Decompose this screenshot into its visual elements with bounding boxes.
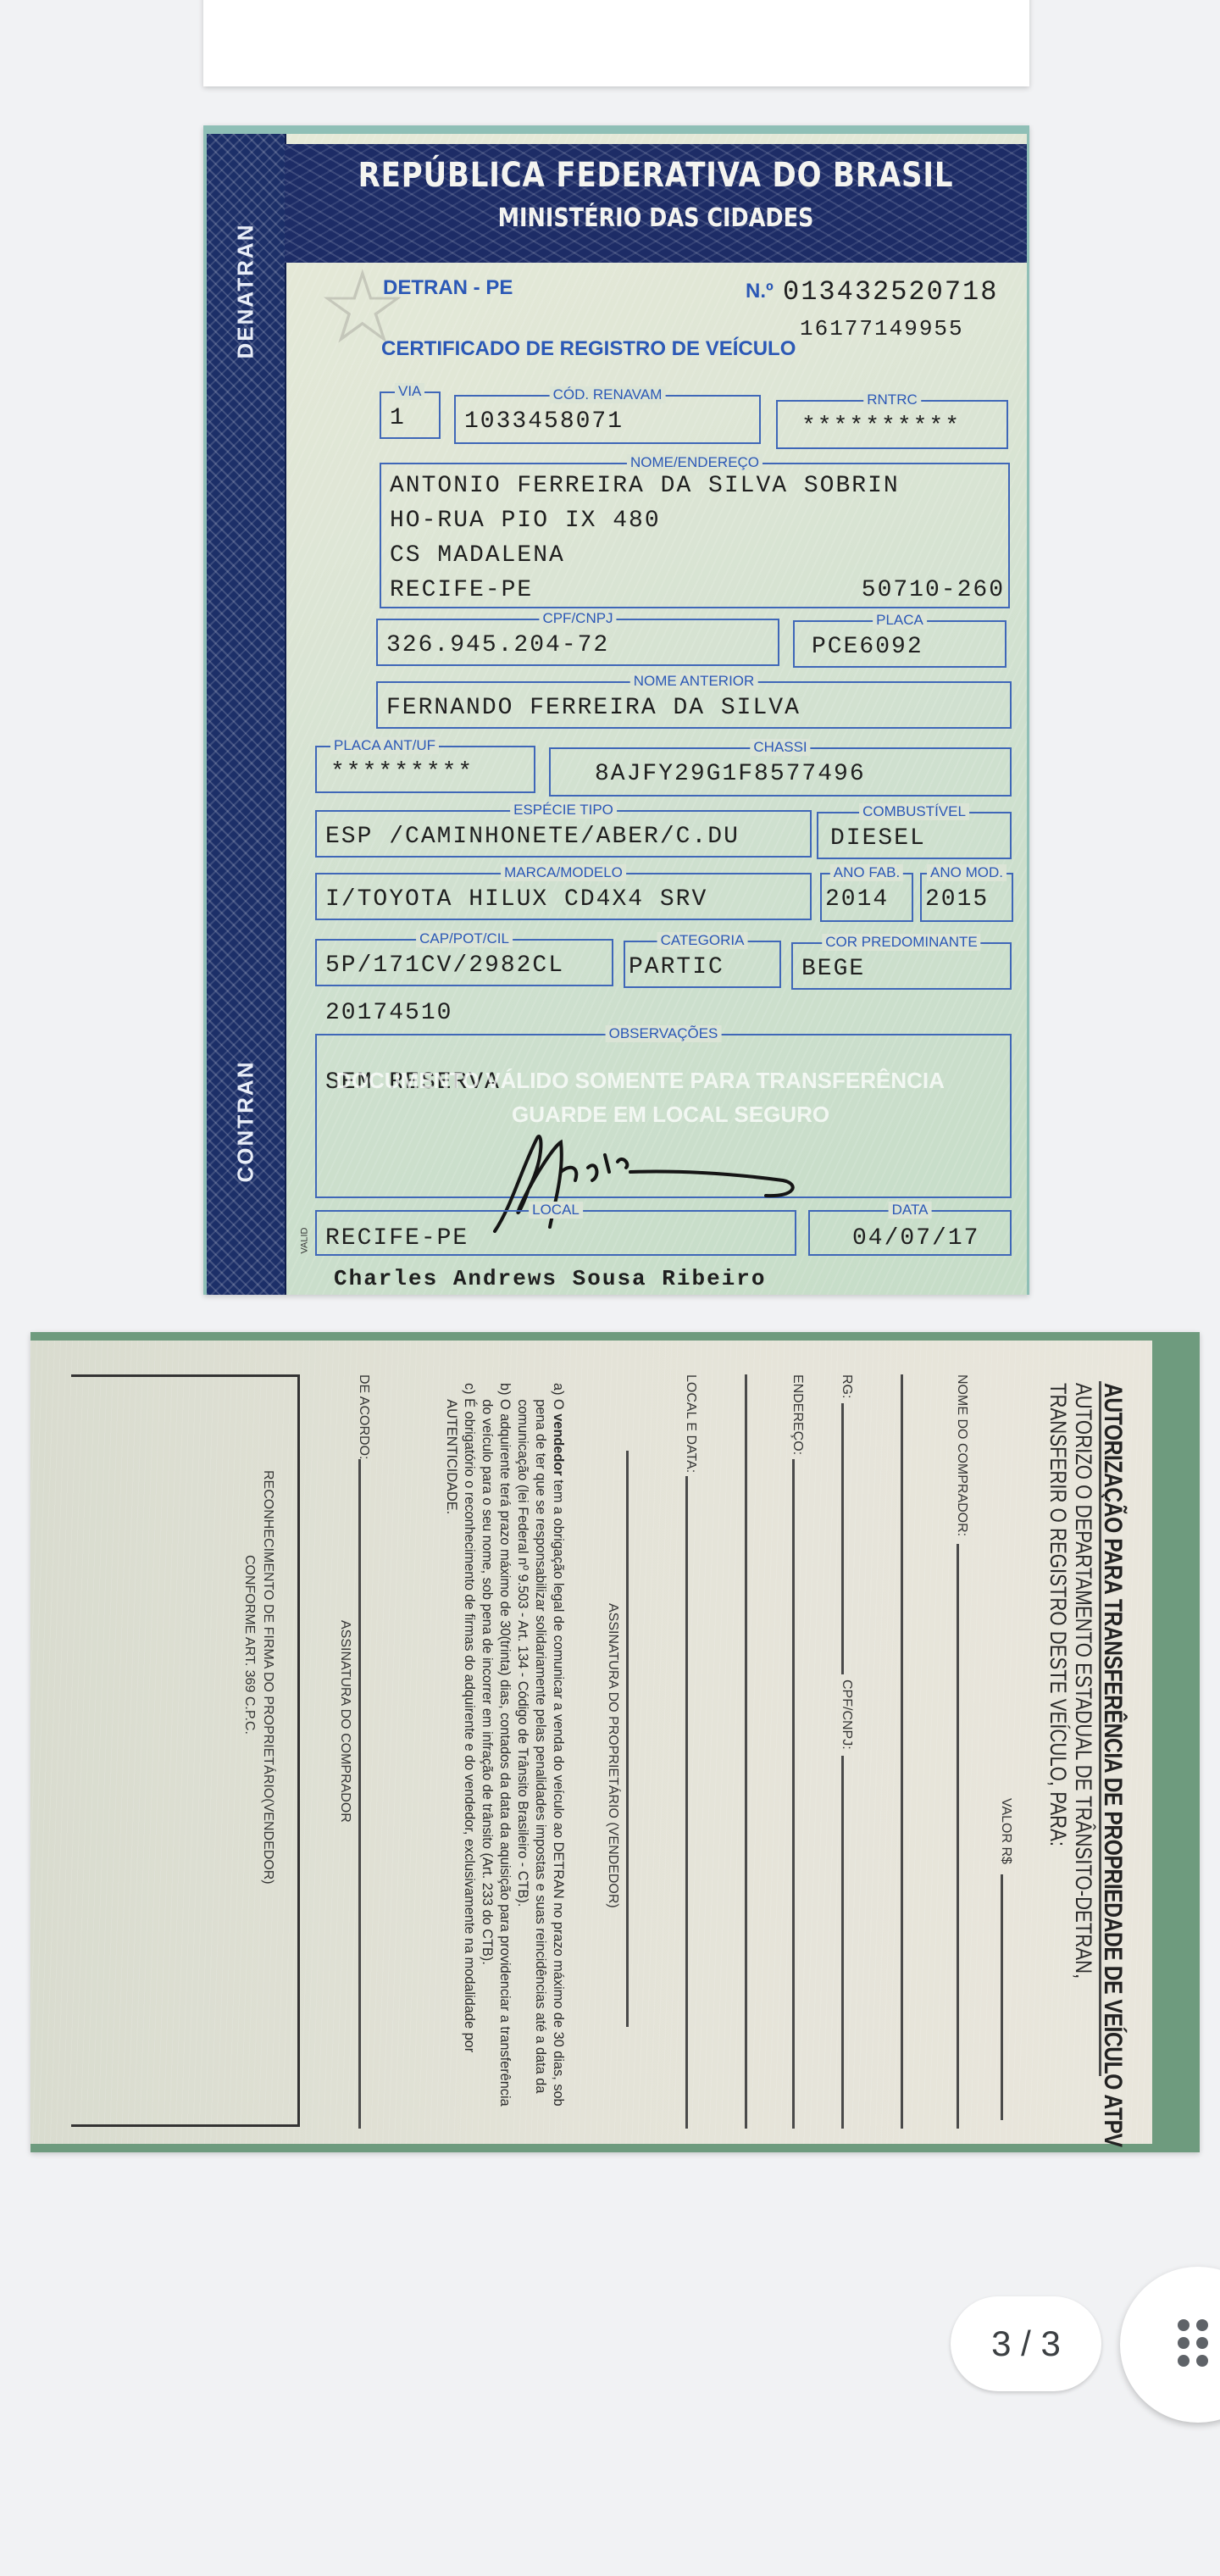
atpv-rotated-content: AUTORIZAÇÃO PARA TRANSFERÊNCIA DE PROPRI… [30,1341,1152,2144]
crv-document-title: CERTIFICADO DE REGISTRO DE VEÍCULO [381,337,796,361]
de-acordo-label: DE ACORDO: [356,1374,371,1459]
atpv-title: AUTORIZAÇÃO PARA TRANSFERÊNCIA DE PROPRI… [1098,1383,1127,2147]
cpf-cnpj-line [841,1756,844,2129]
grid-dots-icon [1178,2319,1210,2370]
atpv-document: AUTORIZAÇÃO PARA TRANSFERÊNCIA DE PROPRI… [30,1341,1152,2144]
field-cpf-cnpj: CPF/CNPJ 326.945.204-72 [376,619,779,666]
comprador-label: NOME DO COMPRADOR: [954,1374,969,1536]
field-cor-predominante: COR PREDOMINANTE BEGE [791,942,1012,990]
field-local: LOCAL RECIFE-PE [315,1210,796,1256]
crv-security-band: DENATRAN CONTRAN [207,134,286,1295]
endereco-label: ENDEREÇO: [790,1374,805,1455]
vendedor-signature-line [626,1451,629,2027]
cpf-cnpj-label: CPF/CNPJ: [839,1679,854,1750]
vendedor-signature-label: ASSINATURA DO PROPRIETÁRIO (VENDEDOR) [605,1603,620,1908]
page-indicator[interactable]: 3 / 3 [951,2296,1101,2391]
field-nome-anterior: NOME ANTERIOR FERNANDO FERREIRA DA SILVA [376,681,1012,729]
reconhecimento-line-2: CONFORME ART. 369 C.P.C. [241,1555,257,1735]
band-label-denatran: DENATRAN [233,224,259,359]
field-marca-modelo: MARCA/MODELO I/TOYOTA HILUX CD4X4 SRV [315,873,812,920]
field-renavam: CÓD. RENAVAM 1033458071 [454,395,761,444]
field-rntrc: RNTRC ********** [776,400,1008,449]
title-underline [1099,1381,1101,2076]
watermark-valid-only-transfer: DOCUMENTO VÁLIDO SOMENTE PARA TRANSFERÊN… [335,1068,945,1094]
crv-number-label: N.º [746,280,774,303]
field-via: VIA 1 [380,391,441,439]
field-chassi: CHASSI 8AJFY29G1F8577496 [549,747,1012,797]
field-ano-mod: ANO MOD. 2015 [920,873,1013,922]
crv-secondary-number: 16177149955 [800,316,964,341]
local-data-line [685,1476,688,2129]
reconhecimento-line-1: RECONHECIMENTO DE FIRMA DO PROPRIETÁRIO(… [260,1470,275,1885]
field-cap-pot-cil: CAP/POT/CIL 5P/171CV/2982CL [315,939,613,986]
legal-note-b: b) O adquirente terá prazo máximo de 30(… [479,1383,514,2115]
crv-header: REPÚBLICA FEDERATIVA DO BRASIL MINISTÉRI… [285,144,1027,263]
comprador-line [957,1544,959,2129]
endereco-line [792,1459,795,2129]
rg-line [841,1403,844,1674]
comprador-line-2 [901,1374,903,2129]
field-ano-fab: ANO FAB. 2014 [820,873,913,922]
comprador-signature-label: ASSINATURA DO COMPRADOR [337,1620,352,1823]
grid-menu-button[interactable] [1120,2267,1220,2423]
field-placa-ant-uf: PLACA ANT/UF ********* [315,746,535,793]
legal-note-a: a) O vendedor tem a obrigação legal de c… [514,1383,568,2115]
atpv-subtitle: AUTORIZO O DEPARTAMENTO ESTADUAL DE TRÂN… [1045,1383,1096,1979]
field-nome-endereco: NOME/ENDEREÇO ANTONIO FERREIRA DA SILVA … [380,463,1010,608]
field-especie-tipo: ESPÉCIE TIPO ESP /CAMINHONETE/ABER/C.DU [315,810,812,858]
endereco-line-2 [745,1374,747,2129]
crv-number: 013432520718 [783,276,998,308]
valor-label: VALOR R$ [998,1798,1013,1864]
legal-notes: a) O vendedor tem a obrigação legal de c… [443,1383,568,2115]
reconhecimento-firma-box: RECONHECIMENTO DE FIRMA DO PROPRIETÁRIO(… [71,1374,300,2127]
signatory-name: Charles Andrews Sousa Ribeiro [334,1266,766,1291]
field-combustivel: COMBUSTÍVEL DIESEL [817,812,1012,859]
crv-issuer: DETRAN - PE [383,276,513,300]
crv-header-subtitle: MINISTÉRIO DAS CIDADES [341,203,972,233]
document-page-3-atpv-image: AUTORIZAÇÃO PARA TRANSFERÊNCIA DE PROPRI… [30,1332,1200,2152]
comprador-signature-line [358,1459,361,2129]
field-placa: PLACA PCE6092 [793,620,1006,668]
crv-extra-code: 20174510 [325,1000,452,1026]
legal-note-c: c) É obrigatório o reconhecimento de fir… [443,1383,479,2115]
band-label-contran: CONTRAN [233,1061,259,1183]
crv-document: DENATRAN CONTRAN REPÚBLICA FEDERATIVA DO… [207,134,1027,1295]
local-data-label: LOCAL E DATA: [683,1374,698,1473]
crv-side-mark: VALID [299,1228,309,1254]
document-page-2-crv-image: DENATRAN CONTRAN REPÚBLICA FEDERATIVA DO… [203,125,1029,1295]
field-data: DATA 04/07/17 [808,1210,1012,1256]
rg-label: RG: [839,1374,854,1398]
crv-header-title: REPÚBLICA FEDERATIVA DO BRASIL [341,156,972,195]
valor-line [1001,1874,1003,2120]
document-page-1 [203,0,1029,86]
field-categoria: CATEGORIA PARTIC [624,941,781,988]
